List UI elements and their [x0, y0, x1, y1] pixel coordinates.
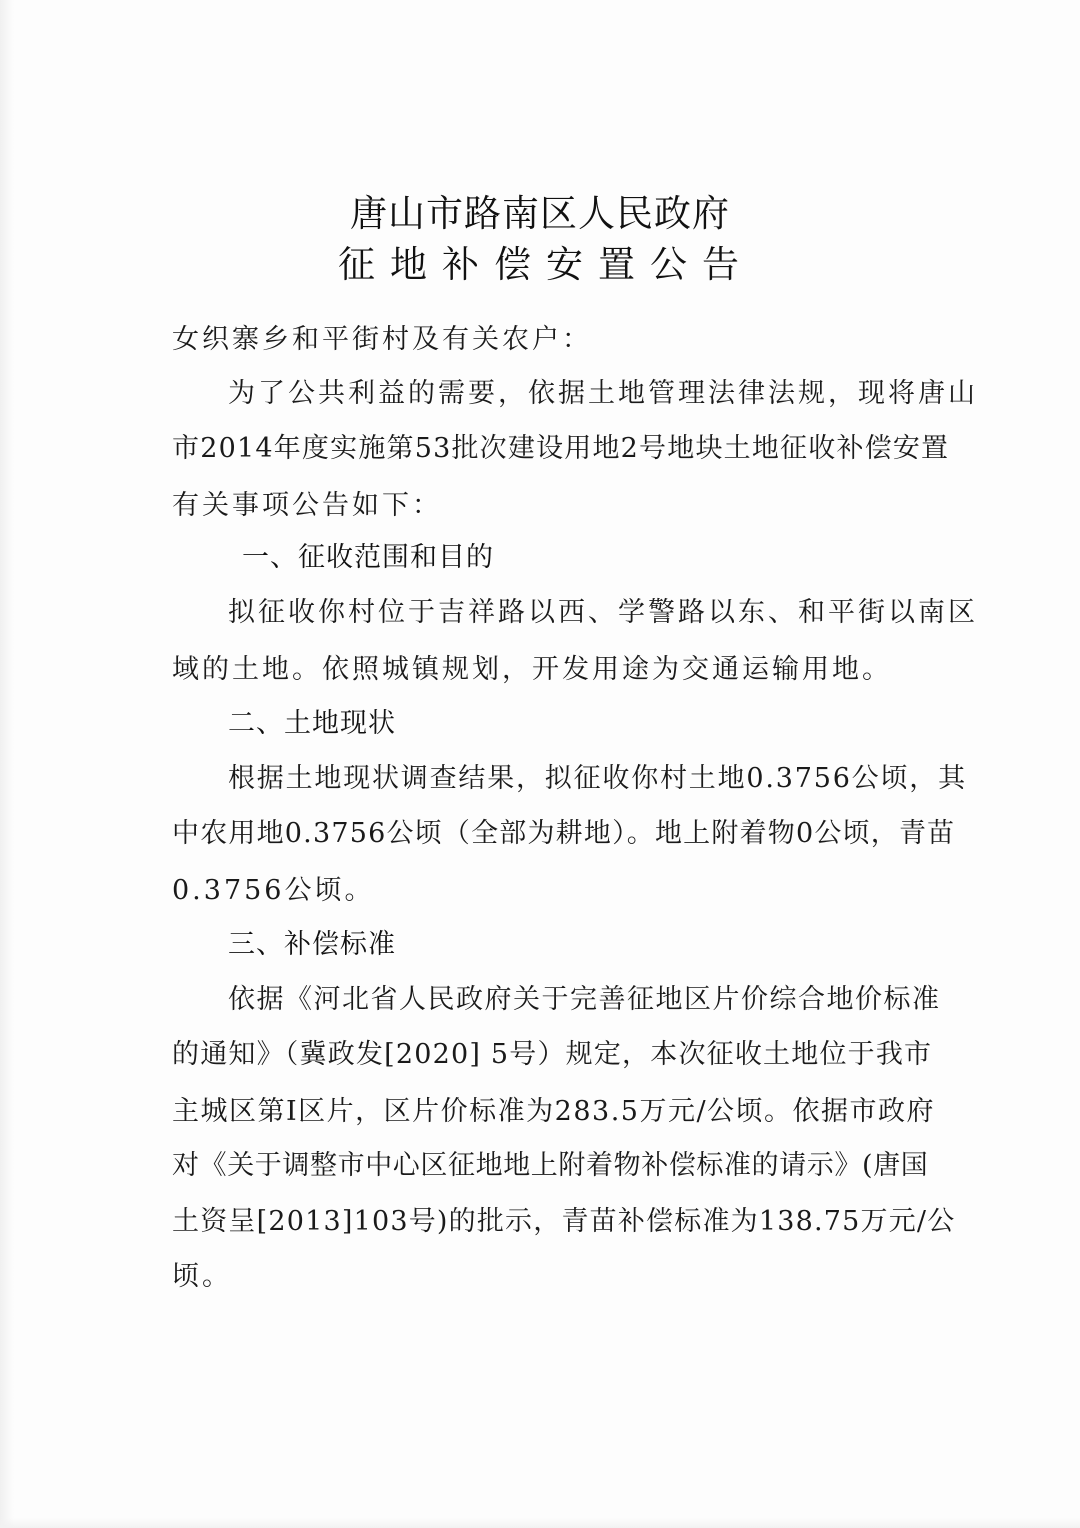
- section-3-line-4: 对《关于调整市中心区征地地上附着物补偿标准的请示》(唐国: [172, 1150, 928, 1182]
- section-2-line-1: 根据土地现状调查结果，拟征收你村土地0.3756公顷，其: [228, 763, 967, 795]
- section-3-line-3: 主城区第Ⅰ区片，区片价标准为283.5万元/公顷。依据市政府: [172, 1096, 935, 1128]
- section-3-heading: 三、补偿标准: [228, 929, 396, 961]
- page-bottom-shadow: [0, 1518, 1080, 1528]
- document-page: 唐山市路南区人民政府 征地补偿安置公告 女织寨乡和平街村及有关农户： 为了公共利…: [0, 0, 1080, 1528]
- section-2-line-2: 中农用地0.3756公顷（全部为耕地）。地上附着物0公顷，青苗: [172, 818, 955, 850]
- intro-line-1: 为了公共利益的需要，依据土地管理法律法规，现将唐山: [228, 378, 978, 410]
- document-title-issuer: 唐山市路南区人民政府: [0, 192, 1080, 236]
- section-1-line-1: 拟征收你村位于吉祥路以西、学警路以东、和平街以南区: [228, 597, 978, 629]
- section-1-line-2: 域的土地。依照城镇规划，开发用途为交通运输用地。: [172, 654, 892, 686]
- section-3-line-6: 顷。: [172, 1261, 232, 1293]
- section-1-heading: 一、征收范围和目的: [242, 542, 494, 574]
- section-3-line-5: 土资呈[2013]103号)的批示，青苗补偿标准为138.75万元/公: [172, 1206, 955, 1238]
- section-3-line-1: 依据《河北省人民政府关于完善征地区片价综合地价标准: [228, 984, 941, 1016]
- section-2-heading: 二、土地现状: [228, 708, 396, 740]
- intro-line-2: 市2014年度实施第53批次建设用地2号地块土地征收补偿安置: [172, 433, 949, 465]
- document-title-subject: 征地补偿安置公告: [0, 243, 1080, 287]
- addressee: 女织寨乡和平街村及有关农户：: [172, 324, 592, 356]
- section-2-line-3: 0.3756公顷。: [172, 875, 374, 907]
- intro-line-3: 有关事项公告如下：: [172, 490, 442, 522]
- section-3-line-2: 的通知》（冀政发[2020] 5号）规定，本次征收土地位于我市: [172, 1039, 932, 1071]
